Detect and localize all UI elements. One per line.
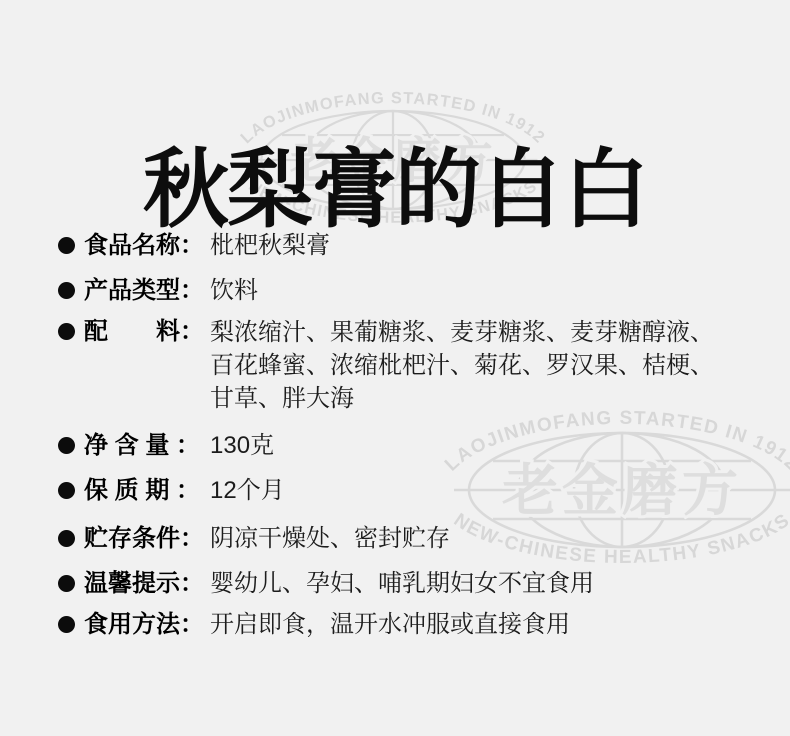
item-label: 食用方法：	[84, 609, 210, 641]
item-value: 饮料	[210, 275, 258, 307]
bullet-icon	[58, 237, 75, 254]
item-value: 阴凉干燥处、密封贮存	[210, 523, 450, 555]
bullet-icon	[58, 282, 75, 299]
ingredients-line: 百花蜂蜜、浓缩枇杷汁、菊花、罗汉果、桔梗、	[210, 349, 714, 382]
ingredients-line: 甘草、胖大海	[210, 382, 714, 415]
bullet-icon	[58, 482, 75, 499]
list-item-product-type: 产品类型： 饮料	[58, 275, 758, 307]
bullet-icon	[58, 437, 75, 454]
item-value: 婴幼儿、孕妇、哺乳期妇女不宜食用	[210, 568, 594, 600]
product-info-page: LAOJINMOFANG STARTED IN 1912 NEW-CHINESE…	[0, 0, 790, 736]
item-value: 12个月	[210, 475, 285, 507]
list-item-usage: 食用方法： 开启即食，温开水冲服或直接食用	[58, 609, 758, 641]
item-value: 枇杷秋梨膏	[210, 230, 330, 262]
ingredients-line: 梨浓缩汁、果葡糖浆、麦芽糖浆、麦芽糖醇液、	[210, 316, 714, 349]
bullet-icon	[58, 575, 75, 592]
page-title: 秋梨膏的自白	[0, 144, 790, 236]
item-label: 配 料：	[84, 316, 210, 348]
list-item-storage: 贮存条件： 阴凉干燥处、密封贮存	[58, 523, 758, 555]
item-label: 贮存条件：	[84, 523, 210, 555]
item-value: 开启即食，温开水冲服或直接食用	[210, 609, 570, 641]
item-value: 梨浓缩汁、果葡糖浆、麦芽糖浆、麦芽糖醇液、 百花蜂蜜、浓缩枇杷汁、菊花、罗汉果、…	[210, 316, 714, 415]
item-label: 保 质 期 ：	[84, 475, 210, 507]
item-label: 净 含 量 ：	[84, 430, 210, 462]
list-item-net-weight: 净 含 量 ： 130克	[58, 430, 758, 462]
item-label: 产品类型：	[84, 275, 210, 307]
product-info-list: 食品名称： 枇杷秋梨膏 产品类型： 饮料 配 料： 梨浓缩汁、果葡糖浆、麦芽糖浆…	[58, 230, 758, 654]
list-item-shelf-life: 保 质 期 ： 12个月	[58, 475, 758, 507]
bullet-icon	[58, 323, 75, 340]
list-item-food-name: 食品名称： 枇杷秋梨膏	[58, 230, 758, 262]
bullet-icon	[58, 530, 75, 547]
list-item-warm-tip: 温馨提示： 婴幼儿、孕妇、哺乳期妇女不宜食用	[58, 568, 758, 600]
item-value: 130克	[210, 430, 274, 462]
item-label: 食品名称：	[84, 230, 210, 262]
bullet-icon	[58, 616, 75, 633]
list-item-ingredients: 配 料： 梨浓缩汁、果葡糖浆、麦芽糖浆、麦芽糖醇液、 百花蜂蜜、浓缩枇杷汁、菊花…	[58, 316, 758, 415]
item-label: 温馨提示：	[84, 568, 210, 600]
